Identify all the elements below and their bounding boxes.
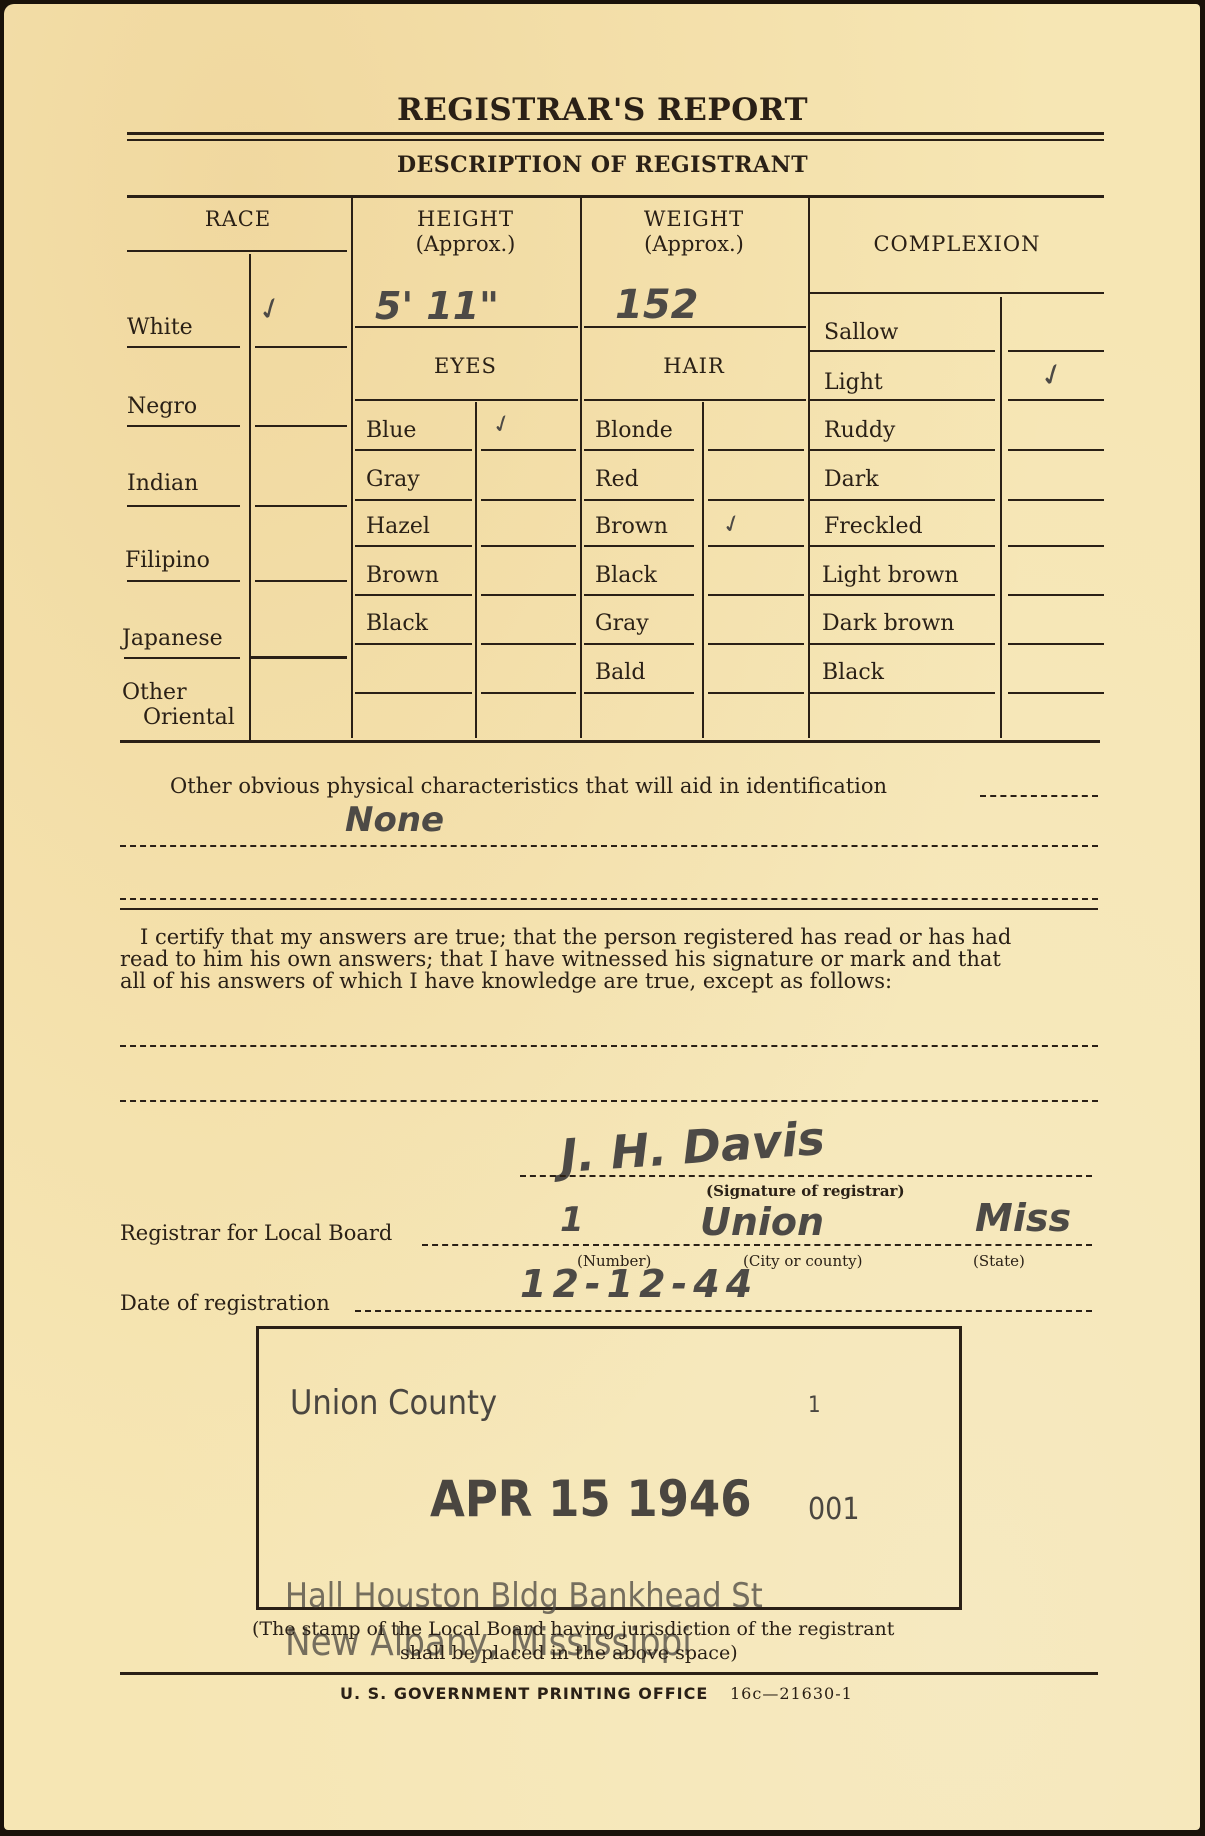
eyes-row-rule: [355, 499, 472, 501]
race-row-rule: [255, 505, 347, 507]
col-divider-3: [808, 197, 810, 738]
race-row-rule: [255, 580, 347, 582]
stamp-caption-line-1: (The stamp of the Local Board having jur…: [252, 1618, 894, 1640]
complexion-light-brown: Light brown: [822, 563, 959, 588]
race-row-rule: [255, 425, 347, 427]
hair-row-rule: [584, 499, 694, 501]
race-row-rule: [127, 580, 240, 582]
complexion-row-rule: [810, 692, 995, 694]
eyes-row-rule: [355, 545, 472, 547]
race-check-divider: [249, 254, 251, 740]
race-japanese: Japanese: [122, 626, 223, 651]
section-title: DESCRIPTION OF REGISTRANT: [0, 152, 1205, 178]
local-board-line: [422, 1244, 1092, 1246]
complexion-black: Black: [822, 660, 884, 685]
stamp-county: Union County: [290, 1383, 497, 1423]
eyes-row-rule: [481, 594, 576, 596]
race-filipino: Filipino: [125, 548, 210, 573]
complexion-row-rule: [1008, 692, 1104, 694]
hair-header: HAIR: [582, 354, 806, 378]
eyes-header-rule: [355, 399, 578, 401]
complexion-freckled: Freckled: [824, 514, 923, 539]
hair-row-rule: [584, 692, 694, 694]
complexion-header: COMPLEXION: [810, 232, 1104, 256]
page-title: REGISTRAR'S REPORT: [0, 92, 1205, 128]
weight-rule: [584, 326, 806, 328]
eyes-row-rule: [355, 594, 472, 596]
signature-line: [520, 1175, 1092, 1177]
height-approx: (Approx.): [353, 232, 578, 256]
race-row-rule: [127, 505, 240, 507]
race-row-rule: [251, 656, 347, 659]
local-board-state[interactable]: Miss: [975, 1196, 1071, 1240]
form-number: 16c—21630-1: [730, 1684, 853, 1703]
certification-line-1: I certify that my answers are true; that…: [140, 926, 1011, 948]
title-rule-1: [127, 132, 1104, 135]
race-row-rule: [127, 346, 240, 348]
stamp-date: APR 15 1946: [430, 1470, 752, 1528]
complexion-dark-brown: Dark brown: [822, 611, 954, 636]
local-board-city[interactable]: Union: [700, 1200, 824, 1244]
physical-characteristics-label: Other obvious physical characteristics t…: [170, 775, 887, 797]
eyes-row-rule: [481, 499, 576, 501]
complexion-row-rule: [810, 449, 995, 451]
complexion-row-rule: [1008, 594, 1104, 596]
eyes-row-rule: [481, 692, 576, 694]
certification-line-2: read to him his own answers; that I have…: [120, 948, 1001, 970]
footer-rule: [120, 1672, 1098, 1675]
eyes-row-rule: [355, 449, 472, 451]
date-line: [355, 1310, 1092, 1312]
stamp-box: [256, 1326, 962, 1610]
complexion-row-rule: [1008, 545, 1104, 547]
hair-row-rule: [708, 643, 804, 645]
exceptions-line-2[interactable]: [120, 1100, 1098, 1102]
hair-row-rule: [708, 545, 804, 547]
race-other-oriental-line1: Other: [122, 680, 187, 705]
eyes-gray: Gray: [366, 467, 420, 492]
weight-approx: (Approx.): [582, 232, 806, 256]
date-value[interactable]: 12-12-44: [520, 1262, 758, 1306]
col-divider-1: [351, 197, 353, 738]
hair-row-rule: [708, 449, 804, 451]
complexion-light: Light: [824, 370, 883, 395]
hair-row-rule: [708, 692, 804, 694]
eyes-row-rule: [481, 643, 576, 645]
hair-check-divider: [702, 402, 704, 738]
complexion-row-rule: [810, 545, 995, 547]
eyes-row-rule: [355, 643, 472, 645]
title-rule-2: [127, 139, 1104, 141]
complexion-row-rule: [1008, 350, 1104, 352]
state-caption: (State): [973, 1252, 1025, 1270]
city-caption: (City or county): [743, 1252, 862, 1270]
height-header: HEIGHT: [353, 207, 578, 231]
complexion-ruddy: Ruddy: [824, 418, 895, 443]
table-bottom-rule: [120, 740, 1100, 743]
eyes-brown: Brown: [366, 563, 439, 588]
local-board-number[interactable]: 1: [560, 1200, 584, 1240]
stamp-code: 001: [808, 1492, 860, 1527]
eyes-row-rule: [481, 545, 576, 547]
stamp-caption-line-2: shall be placed in the above space): [400, 1642, 738, 1664]
local-board-label: Registrar for Local Board: [120, 1222, 392, 1244]
date-label: Date of registration: [120, 1292, 330, 1314]
race-indian: Indian: [127, 471, 198, 496]
complexion-row-rule: [1008, 399, 1104, 401]
hair-row-rule: [708, 499, 804, 501]
race-header: RACE: [127, 207, 349, 231]
hair-row-rule: [584, 643, 694, 645]
complexion-row-rule: [810, 350, 995, 352]
complexion-check-divider: [1000, 297, 1002, 738]
physical-dash-3: [120, 898, 1098, 900]
stamp-address: Hall Houston Bldg Bankhead St: [285, 1576, 763, 1616]
hair-header-rule: [584, 399, 806, 401]
physical-dash-1: [980, 795, 1098, 797]
eyes-header: EYES: [353, 354, 578, 378]
eyes-row-rule: [355, 692, 472, 694]
complexion-row-rule: [1008, 643, 1104, 645]
hair-brown: Brown: [595, 514, 668, 539]
race-white: White: [127, 315, 193, 340]
complexion-header-rule: [810, 292, 1104, 294]
hair-row-rule: [584, 594, 694, 596]
complexion-row-rule: [810, 399, 995, 401]
eyes-blue: Blue: [366, 418, 416, 443]
exceptions-line-1[interactable]: [120, 1045, 1098, 1047]
section-rule: [120, 908, 1098, 910]
complexion-row-rule: [1008, 499, 1104, 501]
complexion-row-rule: [810, 499, 995, 501]
race-row-rule: [124, 657, 240, 659]
signature-caption: (Signature of registrar): [706, 1182, 905, 1200]
printer-credit: U. S. GOVERNMENT PRINTING OFFICE: [340, 1684, 708, 1703]
eyes-hazel: Hazel: [366, 514, 430, 539]
height-value[interactable]: 5' 11": [375, 284, 499, 328]
race-row-rule: [255, 346, 347, 348]
complexion-dark: Dark: [824, 467, 879, 492]
eyes-row-rule: [481, 449, 576, 451]
hair-row-rule: [584, 545, 694, 547]
hair-row-rule: [708, 594, 804, 596]
weight-header: WEIGHT: [582, 207, 806, 231]
hair-blonde: Blonde: [595, 418, 673, 443]
eyes-black: Black: [366, 611, 428, 636]
complexion-row-rule: [810, 594, 995, 596]
hair-black: Black: [595, 563, 657, 588]
hair-gray: Gray: [595, 611, 649, 636]
hair-red: Red: [595, 467, 639, 492]
race-negro: Negro: [127, 394, 197, 419]
physical-dash-2: [120, 845, 1098, 847]
hair-row-rule: [584, 449, 694, 451]
physical-characteristics-value[interactable]: None: [345, 800, 444, 840]
race-other-oriental-line2: Oriental: [143, 705, 235, 730]
certification-line-3: all of his answers of which I have knowl…: [120, 970, 892, 992]
complexion-row-rule: [810, 643, 995, 645]
height-rule: [355, 326, 578, 328]
table-top-rule: [127, 195, 1104, 198]
stamp-board-number: 1: [808, 1393, 821, 1418]
complexion-row-rule: [1008, 449, 1104, 451]
complexion-sallow: Sallow: [824, 320, 898, 345]
col-divider-2: [580, 197, 582, 738]
race-header-rule: [127, 250, 347, 252]
weight-value[interactable]: 152: [615, 282, 699, 328]
eyes-check-divider: [475, 402, 477, 738]
race-row-rule: [127, 425, 240, 427]
hair-bald: Bald: [595, 660, 645, 685]
